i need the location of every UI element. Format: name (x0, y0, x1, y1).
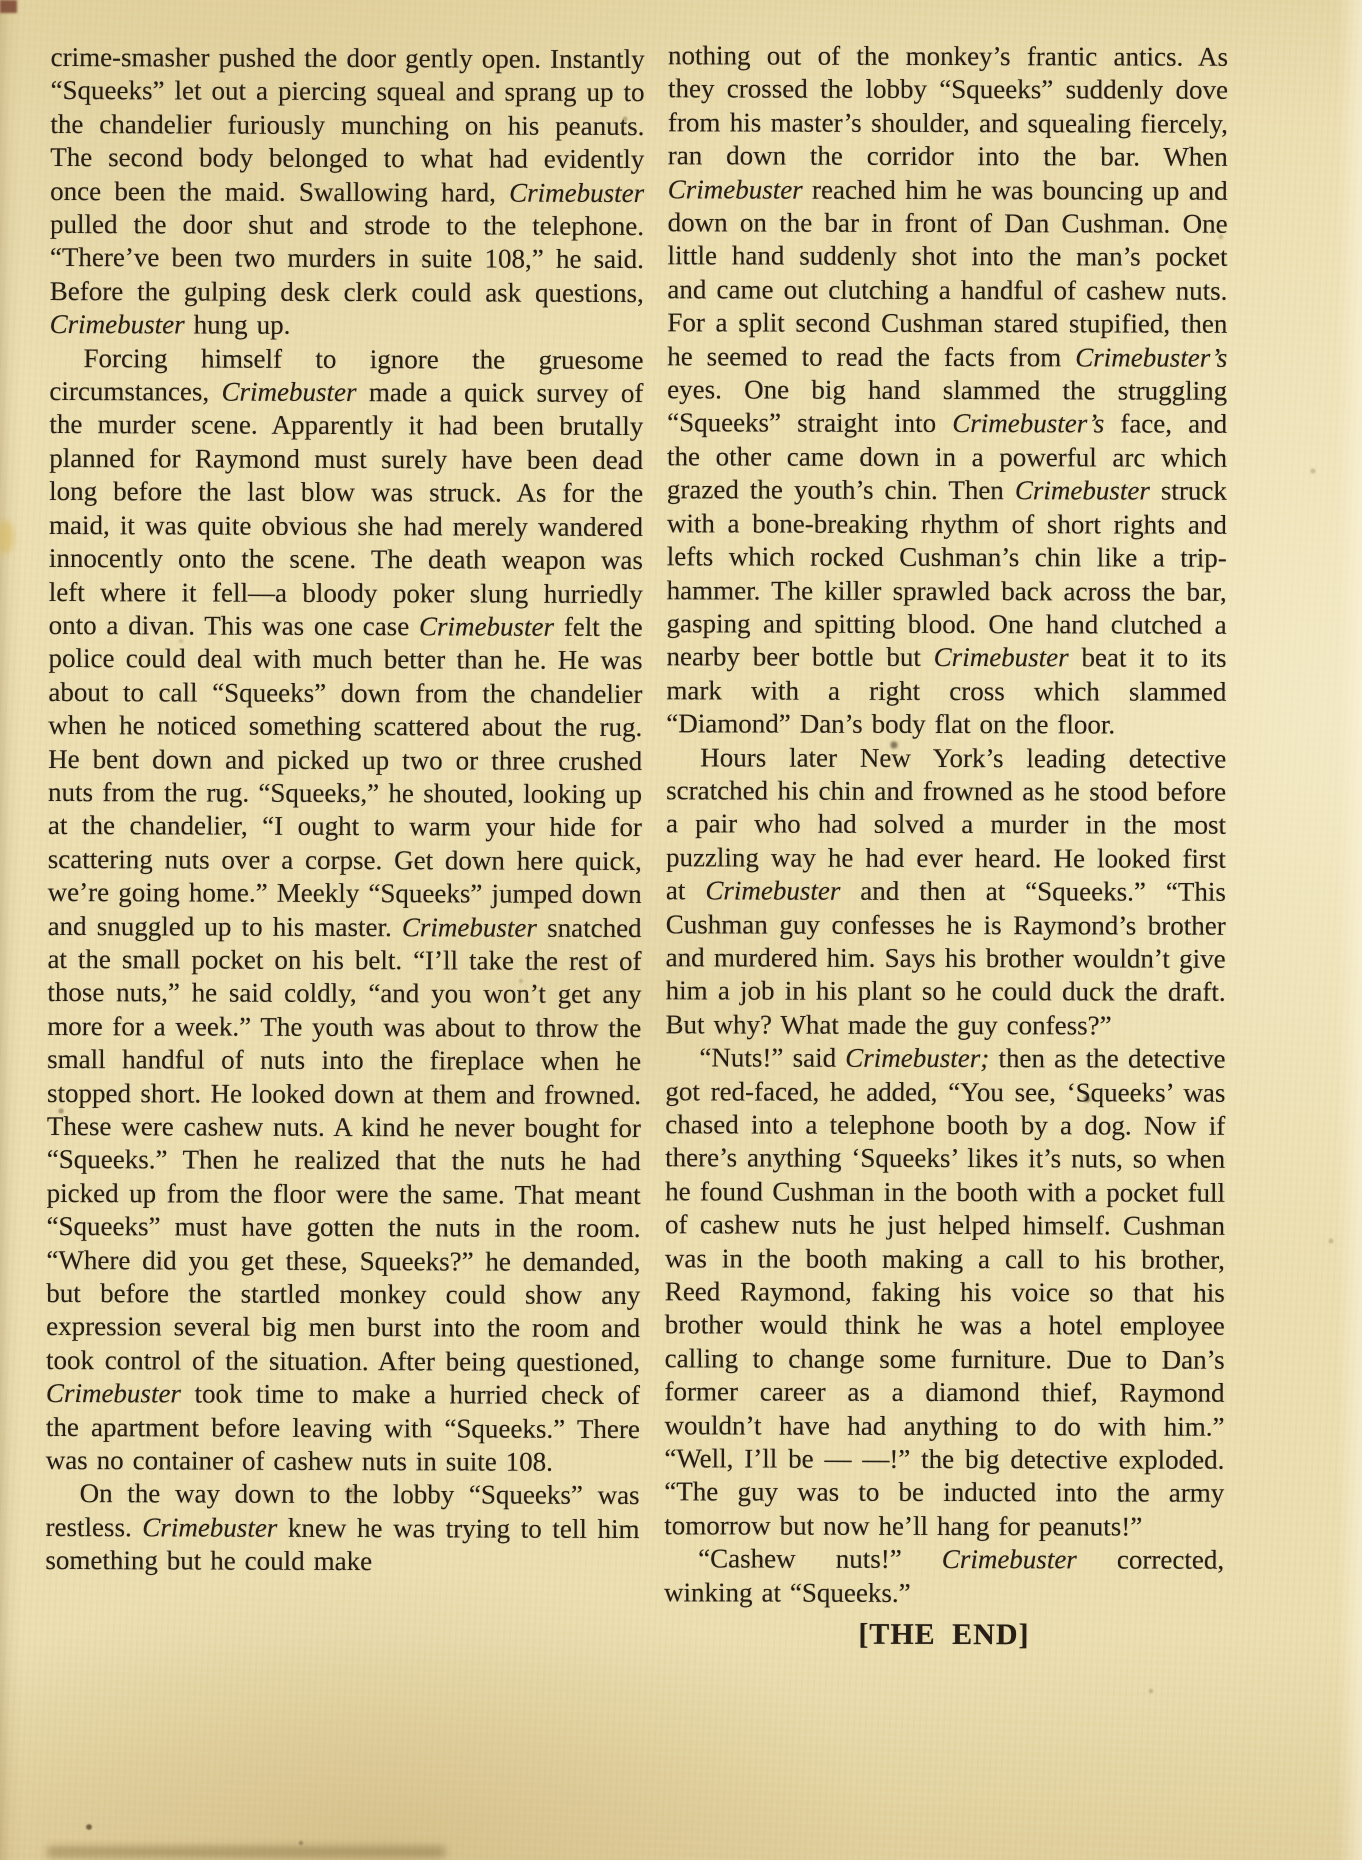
story-paragraph: Hours later New York’s leading detective… (665, 741, 1226, 1043)
story-column-right: nothing out of the monkey’s frantic anti… (664, 39, 1228, 1652)
story-paragraph: crime-smasher pushed the door gently ope… (50, 41, 645, 344)
the-end-label: [THE END] (664, 1617, 1224, 1652)
story-paragraph: On the way down to the lobby “Squeeks” w… (45, 1477, 639, 1579)
story-paragraph: nothing out of the monkey’s frantic anti… (666, 39, 1228, 742)
bottom-edge-shadow (46, 1846, 446, 1858)
story-paragraph: “Nuts!” said Crimebuster; then as the de… (664, 1041, 1225, 1544)
story-paragraph: Forcing himself to ignore the gruesome c… (46, 342, 644, 1480)
paper-specks (0, 0, 2, 2)
corner-ink-mark (0, 0, 17, 13)
story-column-right-paragraphs: nothing out of the monkey’s frantic anti… (664, 39, 1228, 1611)
story-paragraph: “Cashew nuts!” Crimebuster corrected, wi… (664, 1543, 1224, 1611)
story-column-left: crime-smasher pushed the door gently ope… (45, 41, 644, 1580)
